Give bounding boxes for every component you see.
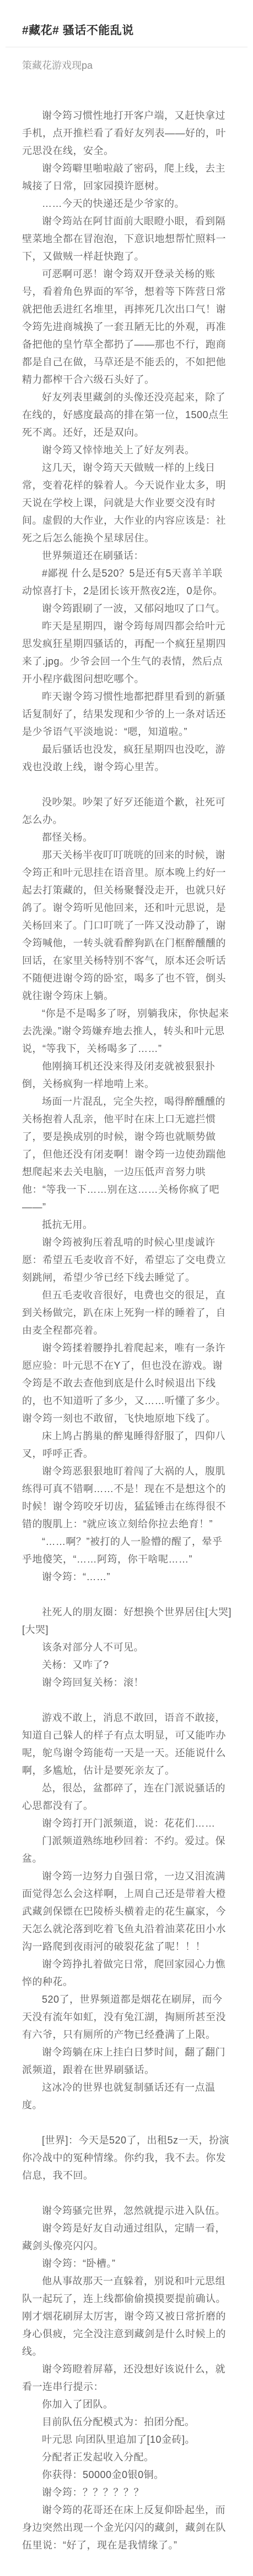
paragraph: 谢令筠恶狠狠地盯着闯了大祸的人，腹肌练得可真不错啊……不是！现在不是想这个的时候… (22, 1462, 232, 1533)
paragraph: 520了，世界频道都是烟花在刷屏，而今天没有流年如虹，没有兔江湖，掏厕所甚至没有… (22, 1991, 232, 2043)
divider (6, 47, 247, 47)
paragraph: 谢令筠：“……” (22, 1568, 232, 1586)
paragraph: 谢令筠：“卧槽。” (22, 2255, 232, 2272)
paragraph: 谢令筠瞪着屏幕，还没想好该说什么，就看一连串行提示： (22, 2360, 232, 2396)
paragraph-spacer (22, 2114, 232, 2131)
paragraph: 你加入了团队。 (22, 2396, 232, 2413)
paragraph: 但五毛麦收音很好，电费也交的很足，直到关杨做完，趴在床上死狗一样的睡着了，自由麦… (22, 1286, 232, 1339)
paragraph: 最后骚话也没发，疯狂星期四也没吃，游戏也没敢上线，谢令筠心里苦。 (22, 741, 232, 776)
paragraph: 没吵架。吵架了好歹还能道个歉，社死可怎么办。 (22, 793, 232, 829)
paragraph-spacer (22, 776, 232, 793)
paragraph: 谢令筠噼里啪啦敲了密码，爬上线，去主城接了日常，回家园摸许愿树。 (22, 160, 232, 195)
paragraph: 床上鸠占鹊巢的醉鬼睡得舒服了，四仰八叉，呼呼正香。 (22, 1427, 232, 1462)
paragraph: “……啊？”被打的人一脸懵的醒了，晕乎乎地傻笑，“……阿筠，你干啥呢……” (22, 1533, 232, 1568)
paragraph-spacer (22, 1586, 232, 1603)
paragraph: 谢令筠是好友自动通过组队，定睛一看，藏剑头像亮闪闪。 (22, 2219, 232, 2255)
article-body: 谢令筠习惯性地打开客户端，又赶快拿过手机，点开推栏看了看好友列表——好的，叶元思… (22, 107, 232, 2554)
paragraph: 谢令筠躺在床上挂白日梦时间，翻了翻门派频道，跟着在世界刷骚话。 (22, 2043, 232, 2079)
paragraph: 这冰冷的世界也就复制骚话还有一点温度。 (22, 2079, 232, 2114)
paragraph: 谢令筠揉着腰挣扎着爬起来，唯有一条许愿应验：叶元思不在Y了，但也没在游戏。谢令筠… (22, 1339, 232, 1427)
paragraph: 抵抗无用。 (22, 1216, 232, 1234)
paragraph-spacer (22, 1691, 232, 1709)
paragraph: 谢令筠又悻悻地关上了好友列表。 (22, 441, 232, 459)
paragraph: 谢令筠骚完世界，忽然就提示进入队伍。 (22, 2202, 232, 2219)
paragraph: 谢令筠的花哥还在床上反复仰卧起坐，而身边突然出现一个金光闪闪的藏剑，藏剑在队伍里… (22, 2501, 232, 2554)
paragraph: 门派频道熟练地秒回着：不约。爱过。保盆。 (22, 1832, 232, 1867)
paragraph: 昨天是星期四，谢令筠每周四都会给叶元思发疯狂星期四骚话的，再配一个疯狂星期四来了… (22, 617, 232, 688)
paragraph: ……今天的快递还是少爷家的。 (22, 195, 232, 212)
paragraph: 可恶啊可恶！谢令筠双开登录关杨的账号，看着角色界面的军爷，想着等下阵营日常就把他… (22, 265, 232, 388)
paragraph: 游戏不敢上，消息不敢回，语音不敢接，知道自己躲人的样子有点太明显，可又能咋办呢，… (22, 1709, 232, 1779)
paragraph: 谢令筠跟刷了一波，又郁闷地叹了口气。 (22, 600, 232, 617)
paragraph: 谢令筠回复关杨：滚！ (22, 1674, 232, 1691)
paragraph: [世界]：今天是520了，出租5z一天，扮演你冷战中的冤种情缘。你约我，我不去。… (22, 2131, 232, 2184)
reader-page: #藏花# 骚话不能乱说 策藏花游戏现pa 谢令筠习惯性地打开客户端，又赶快拿过手… (0, 0, 253, 2576)
paragraph: 你获得：50000金0银0铜。 (22, 2466, 232, 2484)
paragraph: 目前队伍分配模式为：拍团分配。 (22, 2413, 232, 2431)
paragraph: 场面一片混乱，完全失控，喝得醉醺醺的关杨抱着人乱亲，他平时在床上口无遮拦惯了，要… (22, 1093, 232, 1216)
paragraph: 世界频道还在刷骚话： (22, 547, 232, 564)
paragraph: 他从事故那天一直躲着，别说和叶元思组队一起玩了，连上线都偷偷摸摸要提前确认。刚才… (22, 2272, 232, 2360)
paragraph: 这几天，谢令筠天天做贼一样的上线日常，变着花样的躲着人。今天说作业太多，明天说在… (22, 459, 232, 547)
paragraph: “你是不是喝多了呀，别躺我床，你快起来去洗澡。”谢令筠嫌弃地去推人，转头和叶元思… (22, 1005, 232, 1057)
paragraph-spacer (22, 2184, 232, 2202)
paragraph: 好友列表里藏剑的头像还没亮起来，除了在线的，好感度最高的排在第一位，1500点生… (22, 388, 232, 441)
paragraph: 谢令筠被狗压着乱啃的时候心里虔诚许愿：希望五毛麦收音不好，希望忘了交电费立刻跳闸… (22, 1234, 232, 1286)
paragraph: 谢令筠挣扎着做完日常，爬回家园心力憔悴的种花。 (22, 1955, 232, 1991)
paragraph: 昨天谢令筠习惯性地都把群里看到的新骚话复制好了，结果发现和少爷的上一条对话还是少… (22, 688, 232, 741)
paragraph: 关杨：又咋了? (22, 1656, 232, 1674)
paragraph: 社死人的朋友圈：好想换个世界居住[大哭][大哭] (22, 1603, 232, 1638)
paragraph: 谢令筠一边努力自强日常，一边又泪流满面觉得怎么会这样啊，上周自己还是带着大橙武藏… (22, 1867, 232, 1955)
paragraph: 怂，很怂，盆都碎了，连在门派说骚话的心思都没有了。 (22, 1779, 232, 1815)
paragraph: 分配者正发起收入分配。 (22, 2448, 232, 2466)
paragraph: #鄙视 什么是520？5是还有5天喜羊羊联动惊喜打卡，2是团长该开熬夜2连，0是… (22, 564, 232, 600)
paragraph: 他刚摘耳机还没来得及闭麦就被狠狠扑倒，关杨疯狗一样地啃上来。 (22, 1057, 232, 1093)
post-title: #藏花# 骚话不能乱说 (22, 23, 232, 38)
paragraph: 谢令筠打开门派频道，说：花花们…… (22, 1815, 232, 1832)
paragraph: 该条对部分人不可见。 (22, 1638, 232, 1656)
paragraph: 谢令筠习惯性地打开客户端，又赶快拿过手机，点开推栏看了看好友列表——好的，叶元思… (22, 107, 232, 160)
paragraph: 谢令筠站在阿甘面前大眼瞪小眼，看到隔壁菜地全都在冒泡泡，下意识地想帮忙照料一下，… (22, 212, 232, 265)
author-note: 策藏花游戏现pa (22, 59, 232, 73)
paragraph: 都怪关杨。 (22, 829, 232, 846)
paragraph: 那天关杨半夜叮叮咣咣的回来的时候，谢令筠正和叶元思挂在语音里。原本晚上约好一起去… (22, 846, 232, 1005)
paragraph: 叶元思 向团队里追加了[10金砖]。 (22, 2431, 232, 2448)
paragraph: 谢令筠：？？？？？？ (22, 2484, 232, 2501)
